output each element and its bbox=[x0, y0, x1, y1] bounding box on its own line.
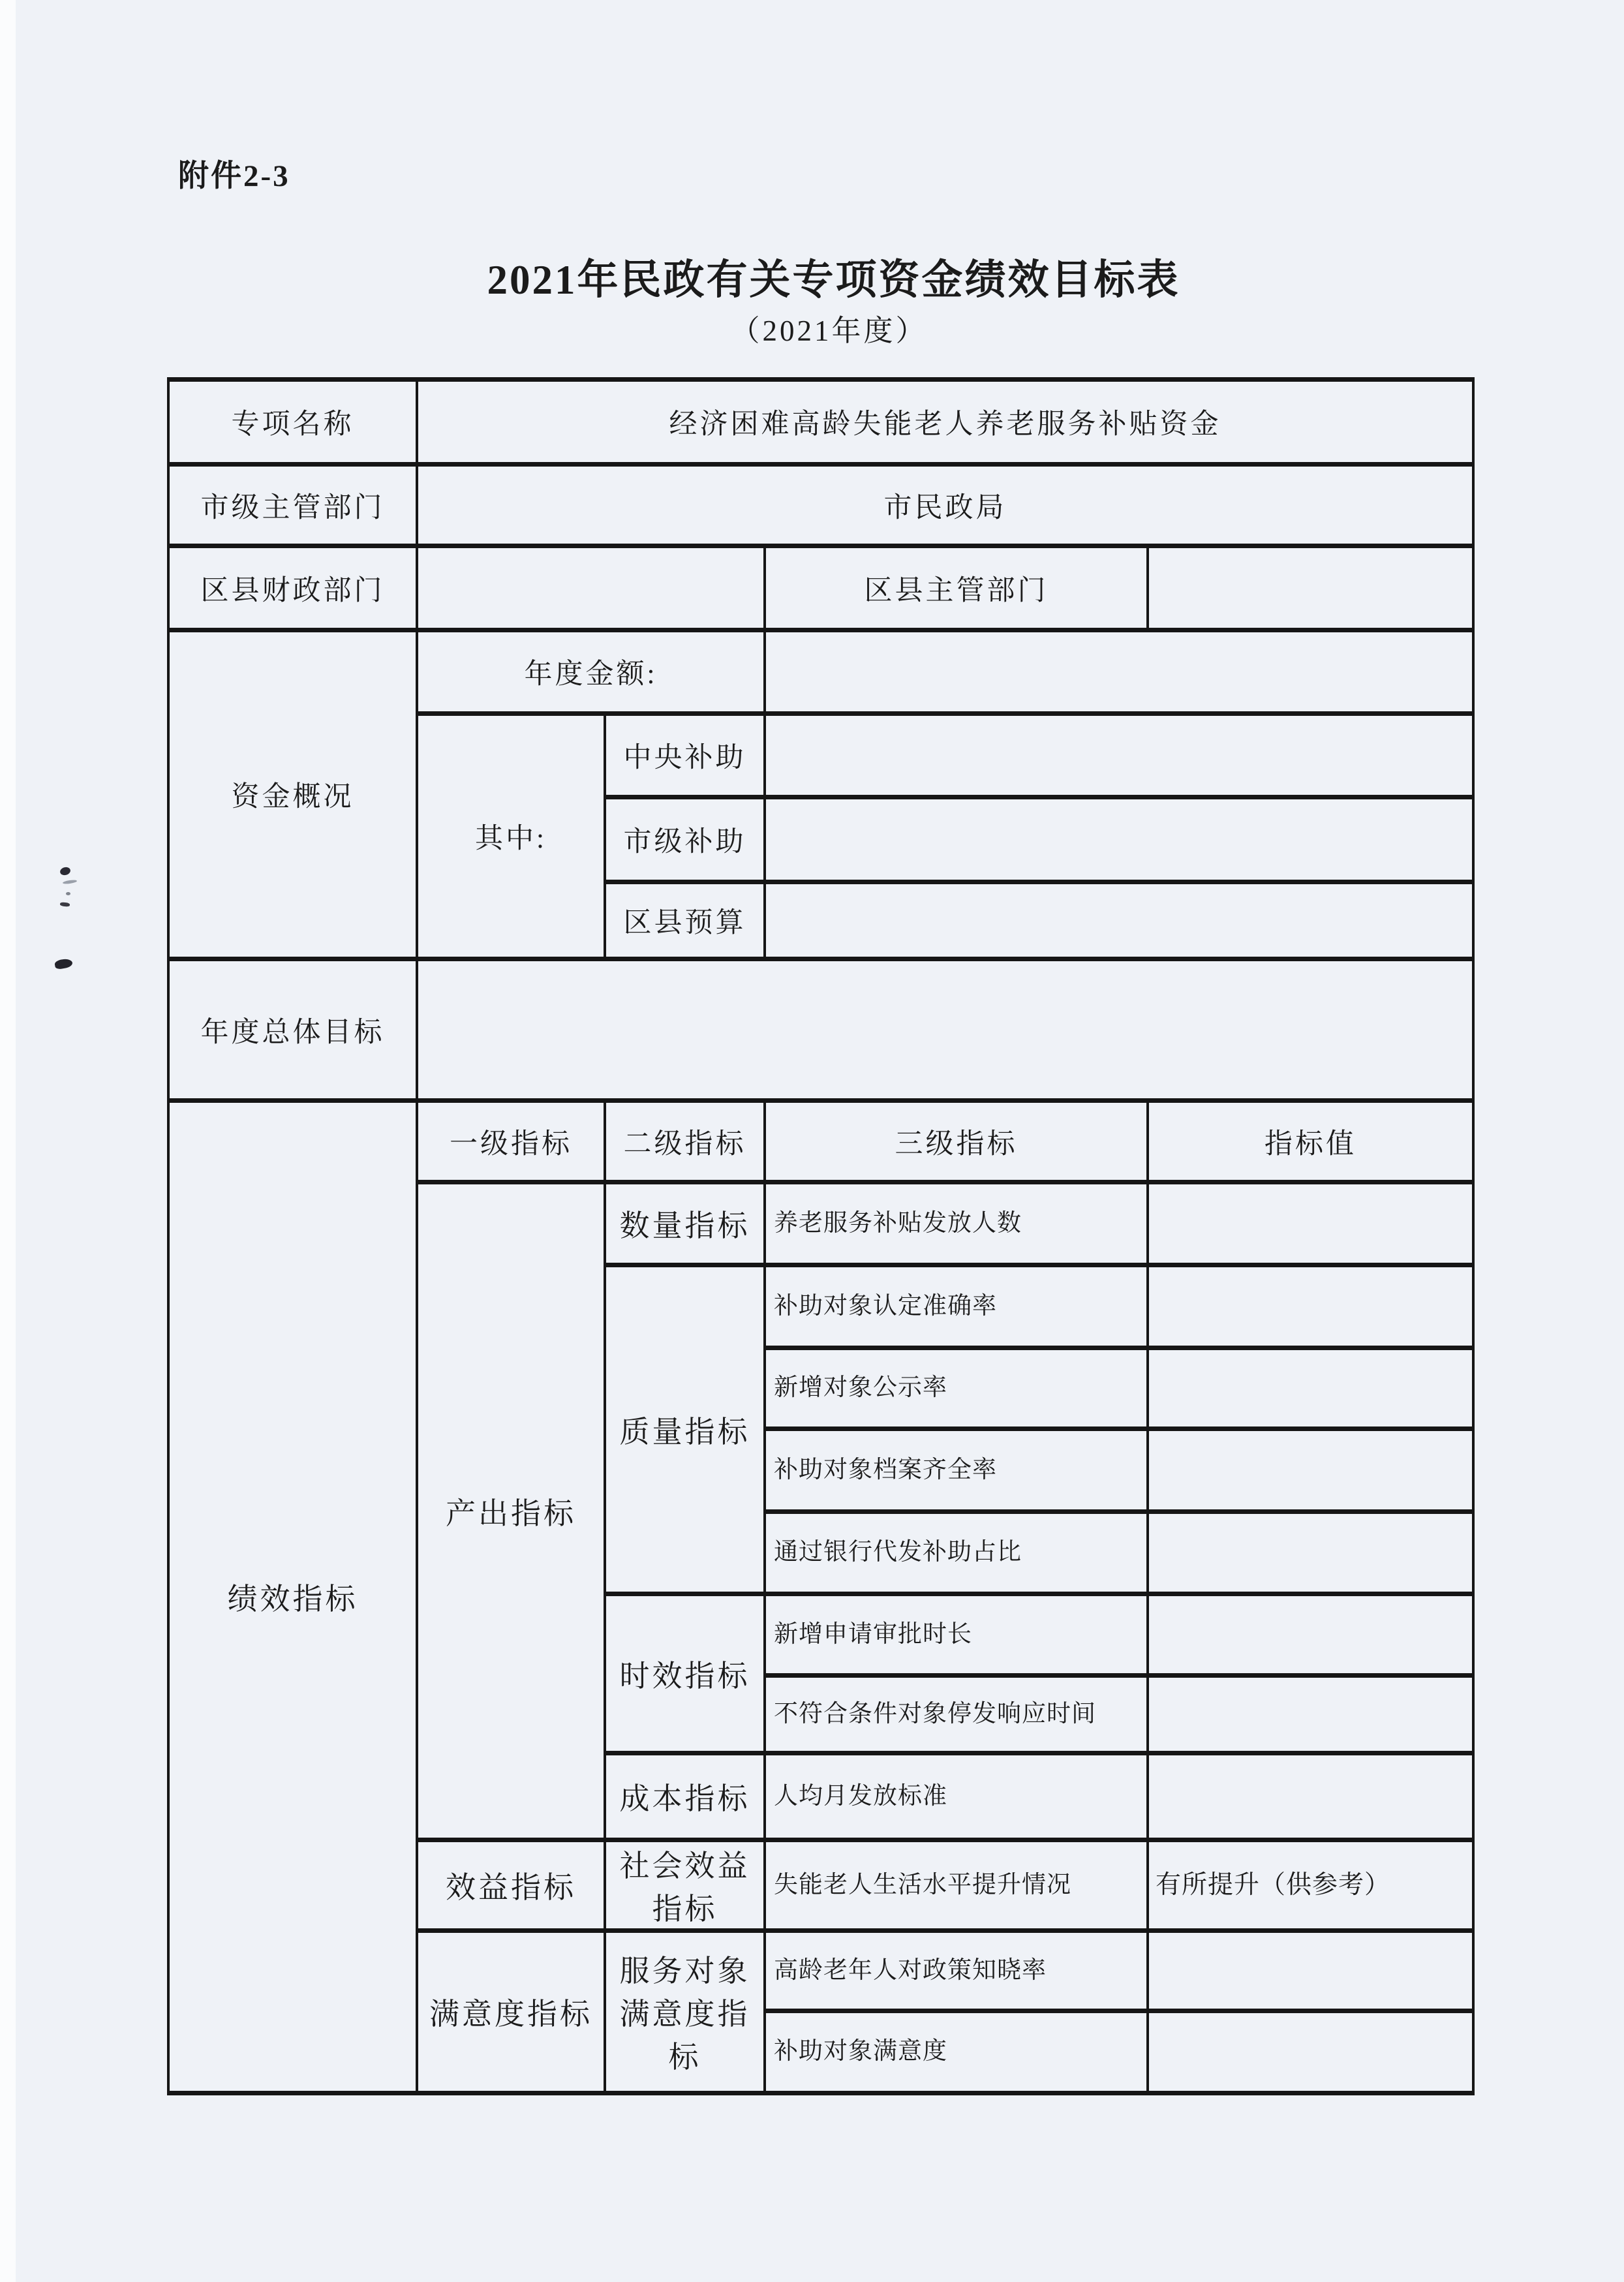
table-row: 区县财政部门 区县主管部门 bbox=[168, 546, 1473, 630]
attachment-label: 附件2-3 bbox=[178, 151, 290, 195]
indicator-value bbox=[1148, 1265, 1473, 1348]
quantity-indicator-label: 数量指标 bbox=[605, 1182, 765, 1265]
level3-indicator: 新增对象公示率 bbox=[765, 1348, 1148, 1429]
county-budget-label: 区县预算 bbox=[605, 882, 765, 959]
level3-indicator: 养老服务补贴发放人数 bbox=[765, 1182, 1148, 1265]
satisfaction-indicator-label: 满意度指标 bbox=[417, 1931, 605, 2093]
ink-speck bbox=[63, 879, 77, 884]
ink-speck bbox=[66, 892, 70, 895]
including-label: 其中: bbox=[417, 714, 605, 959]
county-finance-value bbox=[417, 546, 765, 630]
level3-indicator: 补助对象认定准确率 bbox=[765, 1265, 1148, 1348]
county-finance-label: 区县财政部门 bbox=[168, 546, 417, 630]
cost-indicator-label: 成本指标 bbox=[605, 1753, 765, 1840]
indicator-value bbox=[1148, 1676, 1473, 1753]
city-dept-label: 市级主管部门 bbox=[168, 465, 417, 546]
service-satisfaction-indicator-label: 服务对象满意度指标 bbox=[605, 1931, 765, 2093]
level3-indicator: 新增申请审批时长 bbox=[765, 1594, 1148, 1676]
table-header-row: 绩效指标 一级指标 二级指标 三级指标 指标值 bbox=[168, 1101, 1473, 1182]
level3-indicator: 补助对象满意度 bbox=[765, 2011, 1148, 2093]
annual-amount-value bbox=[765, 630, 1473, 714]
indicator-value bbox=[1148, 1348, 1473, 1429]
indicator-value bbox=[1148, 1594, 1473, 1676]
ink-speck bbox=[59, 866, 72, 876]
city-subsidy-value bbox=[765, 797, 1473, 882]
performance-target-table: 专项名称 经济困难高龄失能老人养老服务补贴资金 市级主管部门 市民政局 区县财政… bbox=[167, 377, 1475, 2095]
indicator-value bbox=[1148, 2011, 1473, 2093]
annual-goal-value bbox=[417, 959, 1473, 1101]
project-name-value: 经济困难高龄失能老人养老服务补贴资金 bbox=[417, 380, 1473, 465]
level3-indicator: 高龄老年人对政策知晓率 bbox=[765, 1931, 1148, 2011]
level2-header: 二级指标 bbox=[605, 1101, 765, 1182]
document-title: 2021年民政有关专项资金绩效目标表 bbox=[0, 247, 1624, 306]
level3-indicator: 不符合条件对象停发响应时间 bbox=[765, 1676, 1148, 1753]
table-row: 资金概况 年度金额: bbox=[168, 630, 1473, 714]
indicator-value: 有所提升（供参考） bbox=[1148, 1840, 1473, 1931]
table-row: 市级主管部门 市民政局 bbox=[168, 465, 1473, 546]
central-subsidy-label: 中央补助 bbox=[605, 714, 765, 797]
indicator-value bbox=[1148, 1753, 1473, 1840]
scanned-document-page: 附件2-3 2021年民政有关专项资金绩效目标表 （2021年度） 专项名称 经… bbox=[0, 0, 1624, 2282]
level1-header: 一级指标 bbox=[417, 1101, 605, 1182]
central-subsidy-value bbox=[765, 714, 1473, 797]
table-row: 专项名称 经济困难高龄失能老人养老服务补贴资金 bbox=[168, 380, 1473, 465]
county-dept-value bbox=[1148, 546, 1473, 630]
indicator-value bbox=[1148, 1931, 1473, 2011]
performance-section-label: 绩效指标 bbox=[168, 1101, 417, 2093]
indicator-value bbox=[1148, 1512, 1473, 1594]
annual-goal-label: 年度总体目标 bbox=[168, 959, 417, 1101]
indicator-value-header: 指标值 bbox=[1148, 1101, 1473, 1182]
quality-indicator-label: 质量指标 bbox=[605, 1265, 765, 1594]
ink-speck bbox=[54, 958, 73, 970]
county-budget-value bbox=[765, 882, 1473, 959]
ink-speck bbox=[60, 902, 70, 907]
fund-overview-label: 资金概况 bbox=[168, 630, 417, 959]
city-subsidy-label: 市级补助 bbox=[605, 797, 765, 882]
annual-amount-label: 年度金额: bbox=[417, 630, 765, 714]
level3-indicator: 补助对象档案齐全率 bbox=[765, 1429, 1148, 1512]
city-dept-value: 市民政局 bbox=[417, 465, 1473, 546]
social-benefit-indicator-label: 社会效益指标 bbox=[605, 1840, 765, 1931]
output-indicator-label: 产出指标 bbox=[417, 1182, 605, 1840]
county-dept-label: 区县主管部门 bbox=[765, 546, 1148, 630]
level3-header: 三级指标 bbox=[765, 1101, 1148, 1182]
benefit-indicator-label: 效益指标 bbox=[417, 1840, 605, 1931]
indicator-value bbox=[1148, 1429, 1473, 1512]
indicator-value bbox=[1148, 1182, 1473, 1265]
table-row: 年度总体目标 bbox=[168, 959, 1473, 1101]
project-name-label: 专项名称 bbox=[168, 380, 417, 465]
level3-indicator: 失能老人生活水平提升情况 bbox=[765, 1840, 1148, 1931]
level3-indicator: 人均月发放标准 bbox=[765, 1753, 1148, 1840]
document-subtitle: （2021年度） bbox=[0, 307, 1624, 349]
timeliness-indicator-label: 时效指标 bbox=[605, 1594, 765, 1753]
level3-indicator: 通过银行代发补助占比 bbox=[765, 1512, 1148, 1594]
